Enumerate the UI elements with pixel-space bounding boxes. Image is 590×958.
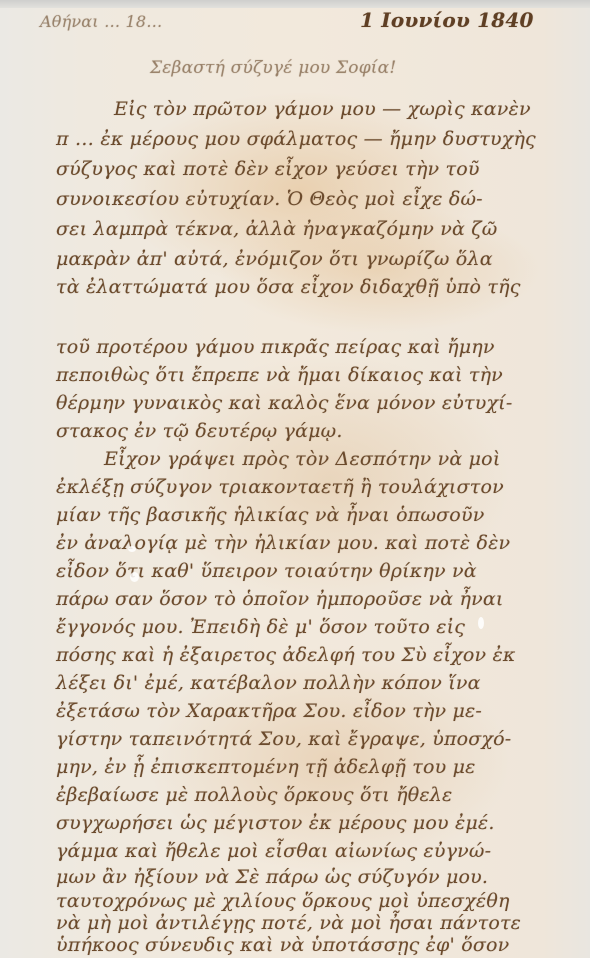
paper-hole <box>130 572 139 582</box>
text-line: ἐκλέξῃ σύζυγον τριακονταετῆ ἢ τουλάχιστο… <box>56 476 504 498</box>
text-line: πόσης καὶ ἡ ἐξαιρετος ἀδελφή του Σὺ εἶχο… <box>56 644 516 666</box>
text-line: νὰ μὴ μοὶ ἀντιλέγῃς ποτέ, νὰ μοὶ ἦσαι πά… <box>56 912 521 934</box>
text-line: ἐξετάσω τὸν Χαρακτῆρα Σου. εἶδον τὴν με- <box>56 700 482 722</box>
paper-hole <box>128 546 136 552</box>
text-line: τὰ ἐλαττώματά μου ὅσα εἶχον διδαχθῇ ὑπὸ … <box>56 276 521 298</box>
text-line: σύζυγος καὶ ποτὲ δὲν εἶχον γεύσει τὴν το… <box>56 158 480 180</box>
text-line: μακρὰν ἀπ' αὐτά, ἐνόμιζον ὅτι γνωρίζω ὅλ… <box>56 248 493 270</box>
text-line: εἶδον ὅτι καθ' ὕπειρον τοιαύτην θρίκην ν… <box>56 560 477 582</box>
text-line: μην, ἐν ᾗ ἐπισκεπτομένη τῇ ἀδελφῇ του με <box>56 756 476 778</box>
text-line: ἔγγονός μου. Ἐπειδὴ δὲ μ' ὅσον τοῦτο εἰς <box>56 616 465 638</box>
text-line: συγχωρήσει ὡς μέγιστον ἐκ μέρους μου ἐμέ… <box>56 812 495 834</box>
text-line: ταυτοχρόνως μὲ χιλίους ὅρκους μοὶ ὑπεσχέ… <box>56 890 510 912</box>
scan-top-edge <box>0 0 590 8</box>
manuscript-page: Αθήναι … 18… 1 Ιουνίου 1840 Σεβαστή σύζυ… <box>0 0 590 958</box>
text-line: πάρω σαν ὅσον τὸ ὁποῖον ἠμποροῦσε νὰ ἦνα… <box>56 588 504 610</box>
text-line: Εἶχον γράψει πρὸς τὸν Δεσπότην νὰ μοὶ <box>104 448 500 470</box>
header-date: 1 Ιουνίου 1840 <box>360 8 534 32</box>
text-line: τοῦ προτέρου γάμου πικρᾶς πείρας καὶ ἤμη… <box>56 336 495 358</box>
text-line: ἐν ἀναλογίᾳ μὲ τὴν ἡλικίαν μου. καὶ ποτὲ… <box>56 532 510 554</box>
text-line: στακος ἐν τῷ δευτέρῳ γάμῳ. <box>56 420 343 442</box>
text-line: γίστην ταπεινότητά Σου, καὶ ἔγραψε, ὑποσ… <box>56 728 511 750</box>
text-line: γάμμα καὶ ἤθελε μοὶ εἶσθαι αἰωνίως εὐγνώ… <box>56 840 491 862</box>
text-line: πεποιθὼς ὅτι ἔπρεπε νὰ ἤμαι δίκαιος καὶ … <box>56 364 503 386</box>
text-line: συνοικεσίου εὐτυχίαν. Ὁ Θεὸς μοὶ εἶχε δώ… <box>56 188 483 210</box>
text-line: π … ἐκ μέρους μου σφάλματος — ἤμην δυστυ… <box>56 128 536 150</box>
text-line: θέρμην γυναικὸς καὶ καλὸς ἕνα μόνον εὐτυ… <box>56 392 512 414</box>
text-line: μων ἂν ἠξίουν νὰ Σὲ πάρω ὡς σύζυγόν μου. <box>56 866 488 888</box>
text-line: μίαν τῆς βασικῆς ἡλικίας νὰ ἦναι ὁπωσοῦν <box>56 504 484 526</box>
text-line: σει λαμπρὰ τέκνα, ἀλλὰ ἠναγκαζόμην νὰ ζῶ <box>56 218 498 240</box>
paper-hole <box>478 617 484 629</box>
salutation: Σεβαστή σύζυγέ μου Σοφία! <box>150 58 396 78</box>
text-line: Εἰς τὸν πρῶτον γάμον μου — χωρὶς κανὲν <box>114 98 531 120</box>
text-line: ὑπήκοος σύνευδις καὶ νὰ ὑποτάσσῃς ἐφ' ὅσ… <box>56 934 509 956</box>
text-line: ἐβεβαίωσε μὲ πολλοὺς ὅρκους ὅτι ἤθελε <box>56 784 452 806</box>
text-line: λέξει δι' ἐμέ, κατέβαλον πολλὴν κόπον ἵν… <box>56 672 481 694</box>
header-place-faint: Αθήναι … 18… <box>40 12 163 31</box>
